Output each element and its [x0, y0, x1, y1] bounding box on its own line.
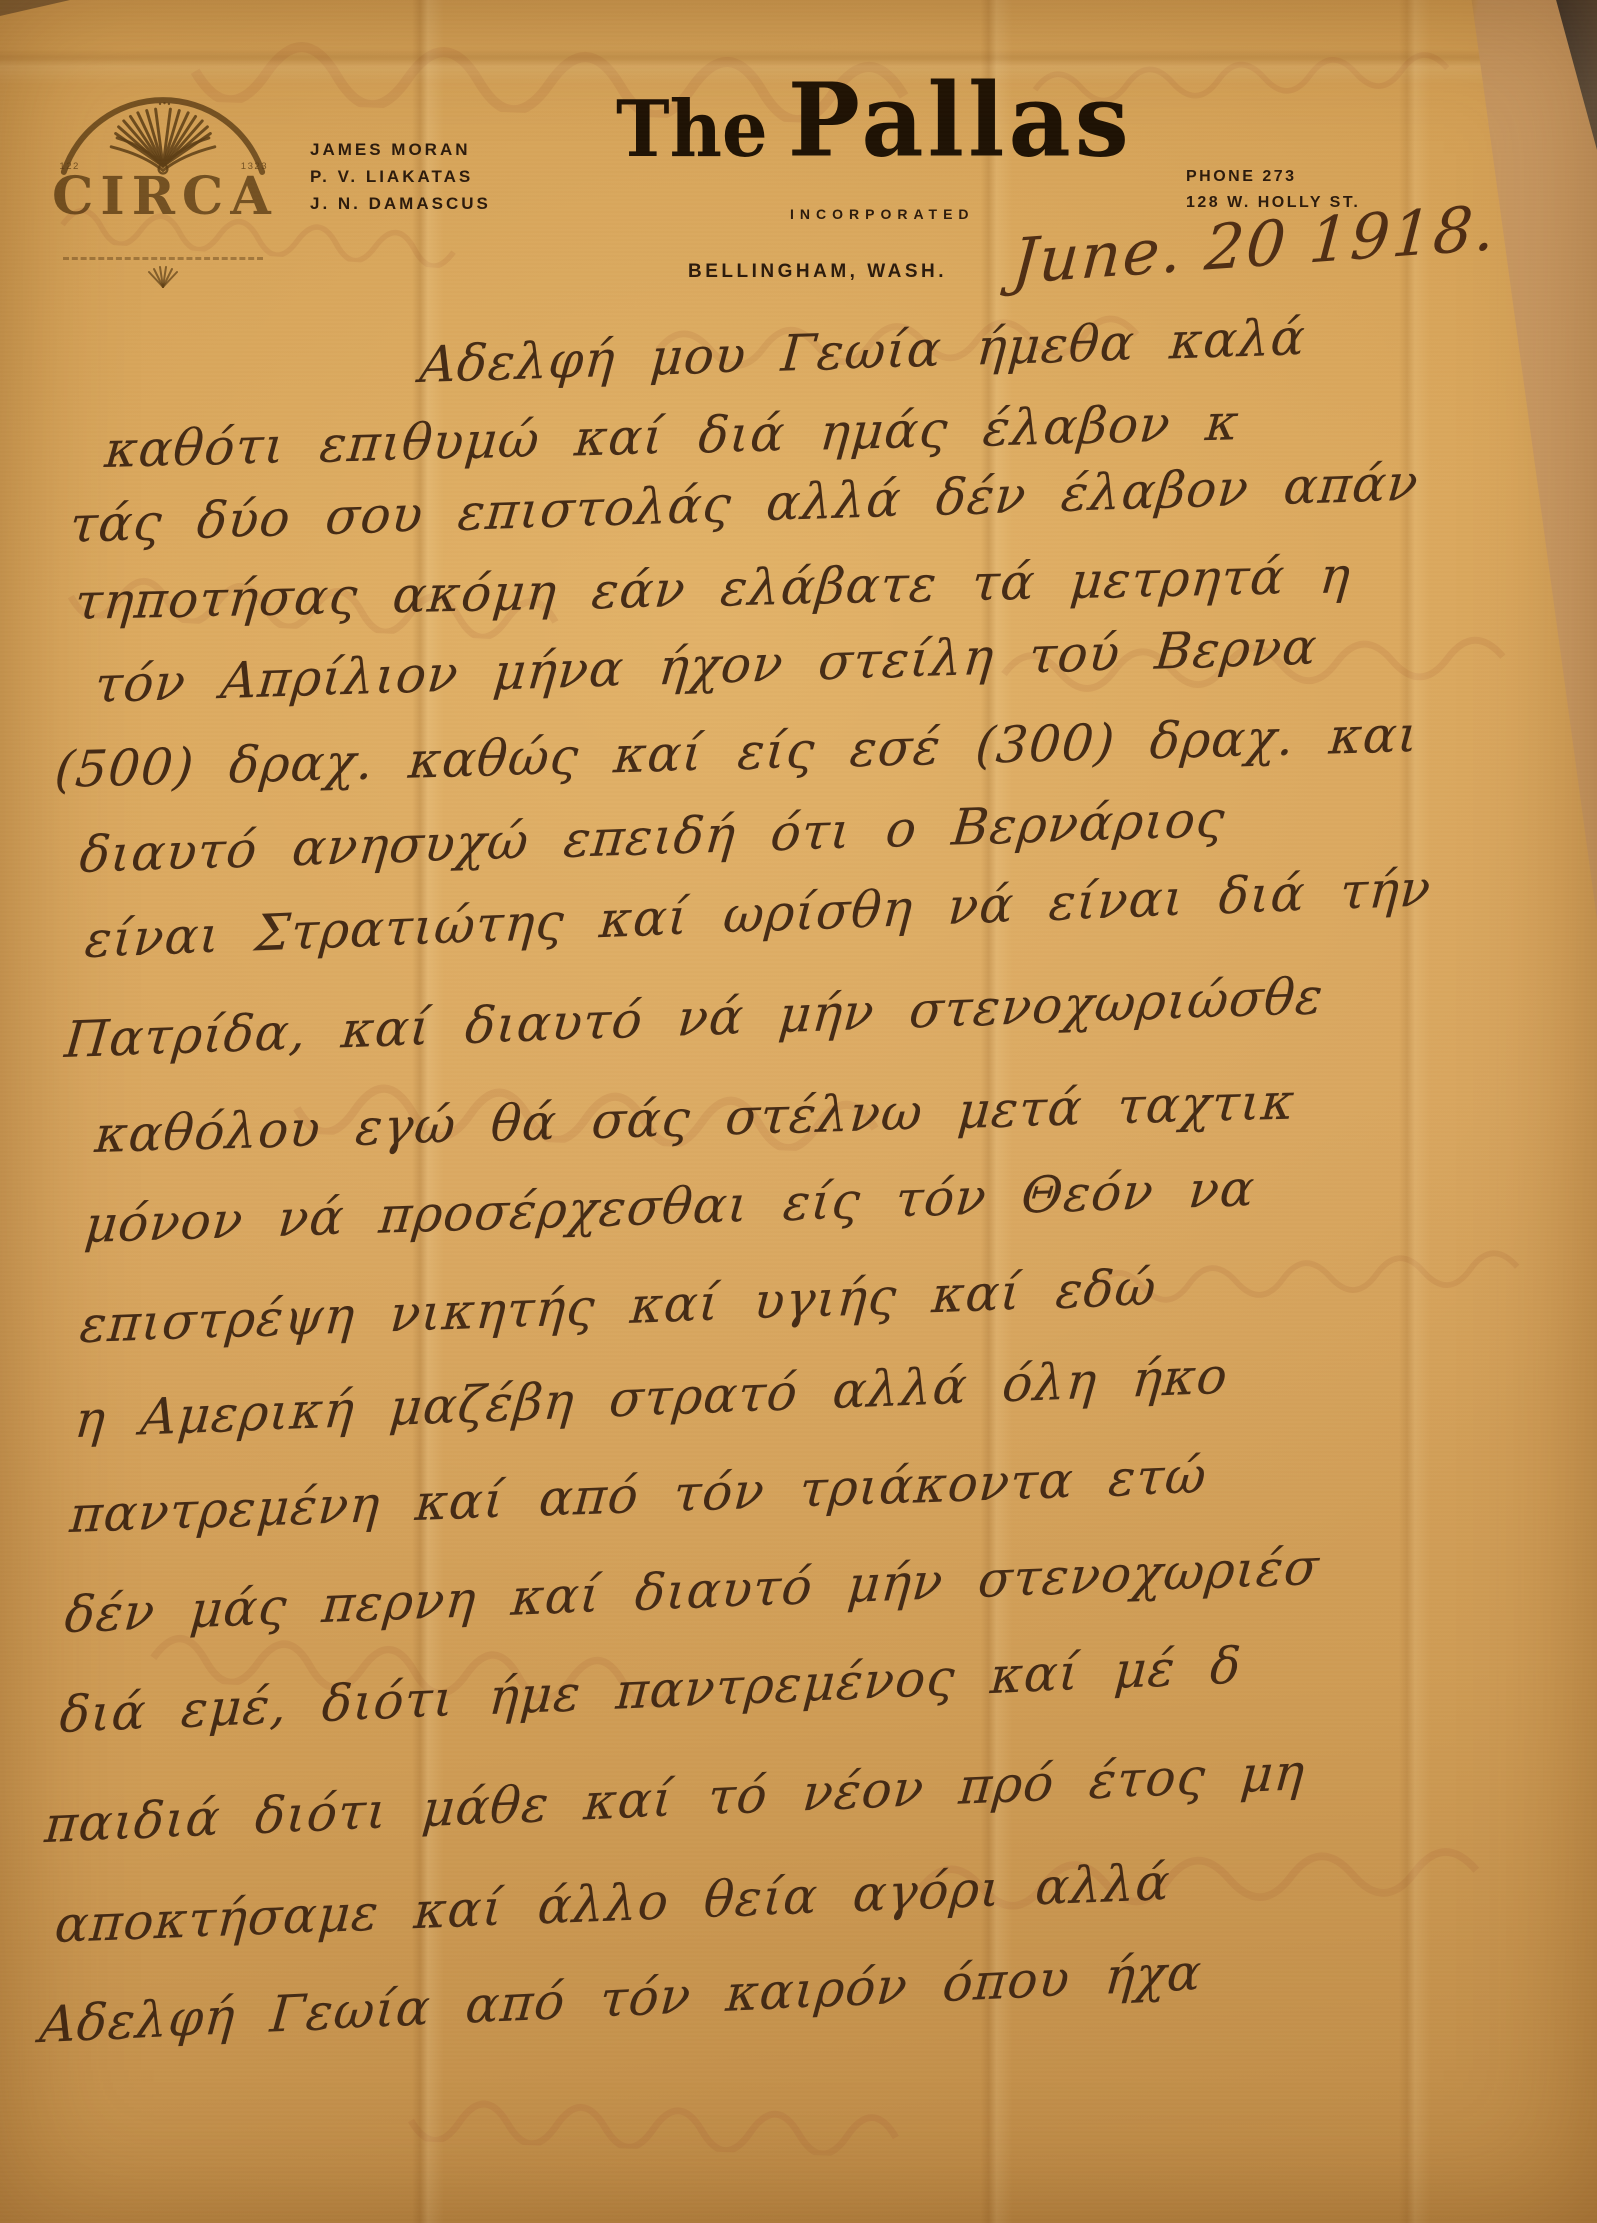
- watermark-rule: [63, 257, 263, 260]
- city-line: BELLINGHAM, WASH.: [688, 261, 947, 283]
- letter-photo: 122 1323 CIRCA JAMES MORAN P. V. LIAKATA…: [0, 0, 1597, 2223]
- watermark-wordmark: CIRCA: [52, 171, 274, 223]
- circa-book-arch-icon: 122 1323: [52, 92, 274, 175]
- incorporated-label: INCORPORATED: [790, 206, 975, 222]
- partner-name: P. V. LIAKATAS: [310, 163, 491, 190]
- company-name-the: The: [616, 83, 768, 175]
- partner-name: J. N. DAMASCUS: [310, 190, 491, 217]
- partner-names: JAMES MORAN P. V. LIAKATAS J. N. DAMASCU…: [310, 136, 491, 217]
- company-masthead: The Pallas: [616, 64, 1133, 177]
- phone-number: PHONE 273: [1186, 164, 1360, 190]
- partner-name: JAMES MORAN: [310, 136, 491, 163]
- company-name-pallas: Pallas: [788, 61, 1133, 180]
- circa-watermark-logo: 122 1323 CIRCA: [52, 92, 274, 288]
- watermark-fan-icon: [143, 266, 183, 288]
